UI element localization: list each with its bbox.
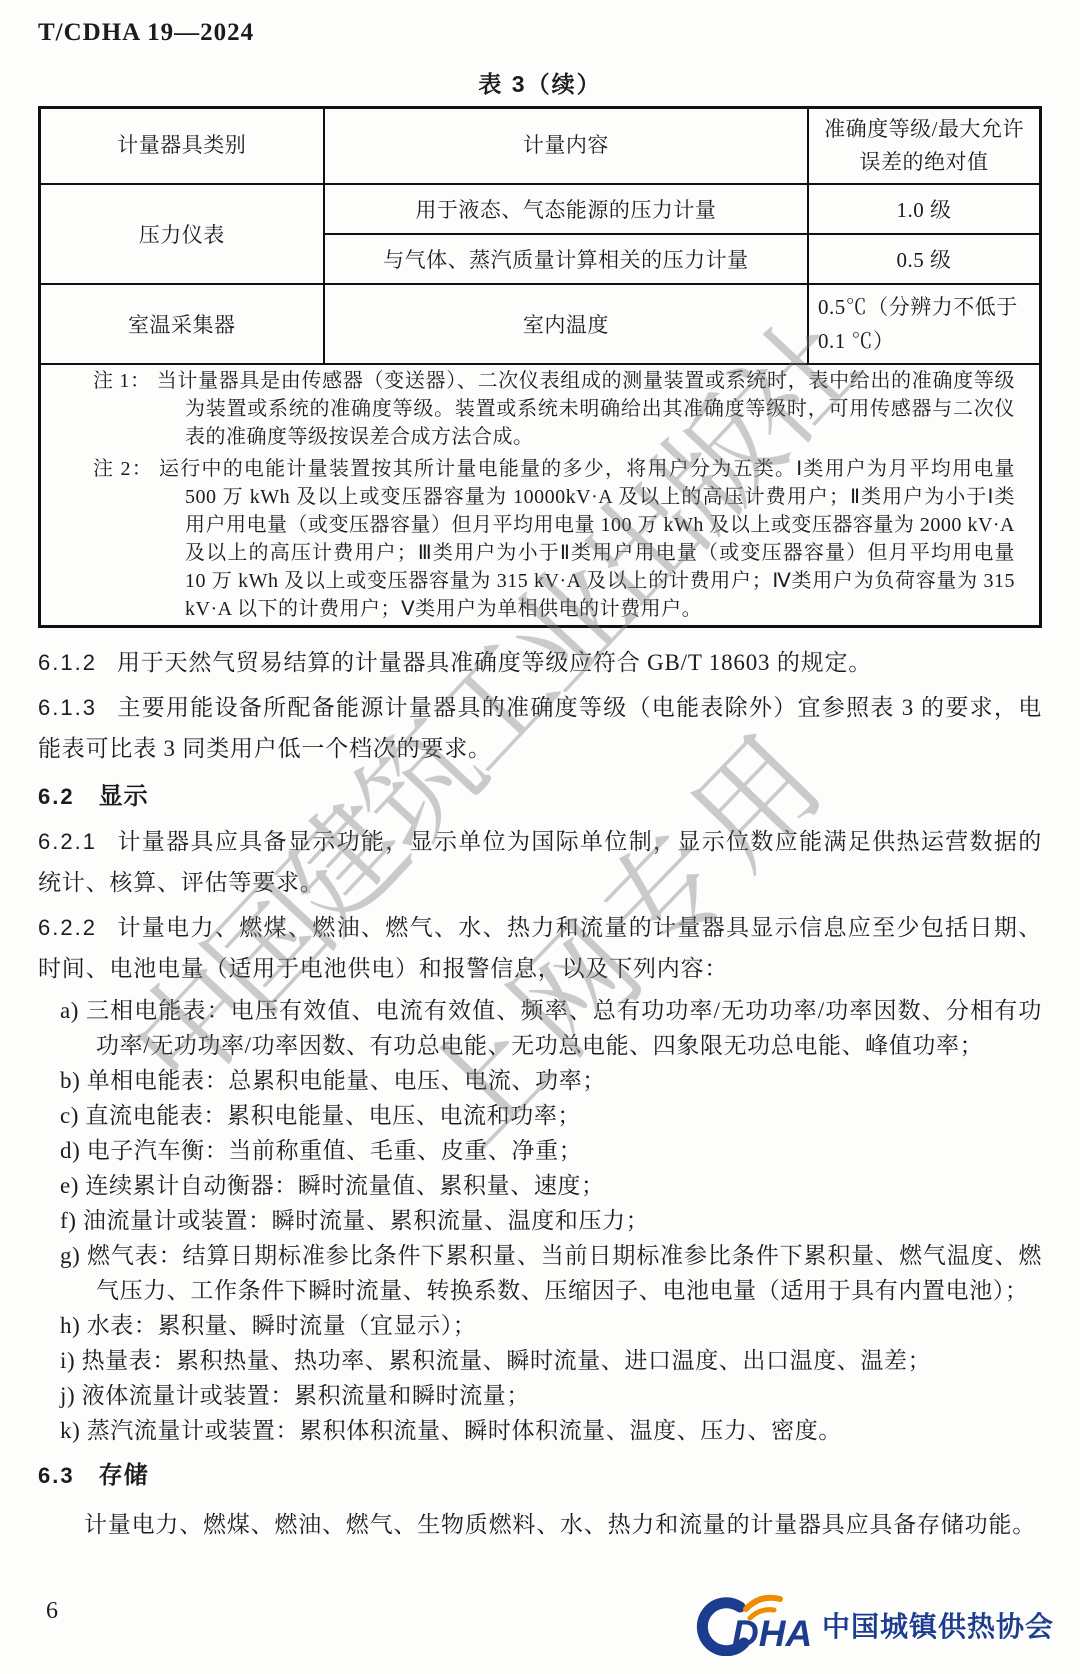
list-item-k: k) 蒸汽流量计或装置：累积体积流量、瞬时体积流量、温度、压力、密度。 [60, 1413, 1042, 1448]
cell-grade: 0.5℃（分辨力不低于 0.1 ℃） [808, 284, 1040, 364]
table-notes: 注 1：当计量器具是由传感器（变送器）、二次仪表组成的测量装置或系统时，表中给出… [40, 364, 1041, 627]
note-text: 运行中的电能计量装置按其所计量电能量的多少，将用户分为五类。Ⅰ类用户为月平均用电… [159, 458, 1015, 620]
clause-6-1-3: 6.1.3主要用能设备所配备能源计量器具的准确度等级（电能表除外）宜参照表 3 … [38, 687, 1042, 769]
clause-number: 6.1.2 [38, 650, 97, 675]
heading-6-3: 6.3存储 [38, 1462, 1042, 1490]
association-logo: DHA 中国城镇供热协会 [694, 1594, 1054, 1656]
note-text: 当计量器具是由传感器（变送器）、二次仪表组成的测量装置或系统时，表中给出的准确度… [157, 370, 1015, 448]
list-item-i: i) 热量表：累积热量、热功率、累积流量、瞬时流量、进口温度、出口温度、温差； [60, 1343, 1042, 1378]
clause-6-2-1: 6.2.1计量器具应具备显示功能，显示单位为国际单位制，显示位数应能满足供热运营… [38, 821, 1042, 903]
note-label: 注 1： [93, 370, 151, 392]
list-item-c: c) 直流电能表：累积电能量、电压、电流和功率； [60, 1098, 1042, 1133]
clause-6-3-paragraph: 计量电力、燃煤、燃油、燃气、生物质燃料、水、热力和流量的计量器具应具备存储功能。 [38, 1504, 1042, 1545]
accuracy-table: 计量器具类别 计量内容 准确度等级/最大允许误差的绝对值 压力仪表 用于液态、气… [38, 106, 1042, 628]
col-header-grade: 准确度等级/最大允许误差的绝对值 [808, 108, 1040, 184]
list-item-g: g) 燃气表：结算日期标准参比条件下累积量、当前日期标准参比条件下累积量、燃气温… [60, 1238, 1042, 1308]
standard-code: T/CDHA 19—2024 [38, 18, 1042, 48]
list-item-j: j) 液体流量计或装置：累积流量和瞬时流量； [60, 1378, 1042, 1413]
table-row: 室温采集器 室内温度 0.5℃（分辨力不低于 0.1 ℃） [40, 284, 1041, 364]
list-item-d: d) 电子汽车衡：当前称重值、毛重、皮重、净重； [60, 1133, 1042, 1168]
clause-number: 6.2.2 [38, 915, 97, 940]
clause-text: 用于天然气贸易结算的计量器具准确度等级应符合 GB/T 18603 的规定。 [117, 650, 872, 675]
clause-text: 计量电力、燃煤、燃油、燃气、水、热力和流量的计量器具显示信息应至少包括日期、时间… [38, 915, 1042, 981]
logo-association-name: 中国城镇供热协会 [822, 1605, 1054, 1645]
col-header-category: 计量器具类别 [40, 108, 324, 184]
cell-content: 用于液态、气态能源的压力计量 [324, 184, 808, 234]
table-note-2: 注 2：运行中的电能计量装置按其所计量电能量的多少，将用户分为五类。Ⅰ类用户为月… [93, 455, 1015, 623]
col-header-content: 计量内容 [324, 108, 808, 184]
clause-6-2-2: 6.2.2计量电力、燃煤、燃油、燃气、水、热力和流量的计量器具显示信息应至少包括… [38, 907, 1042, 989]
cdha-logo-icon: DHA [694, 1594, 812, 1656]
table-row: 压力仪表 用于液态、气态能源的压力计量 1.0 级 [40, 184, 1041, 234]
heading-title: 显示 [99, 783, 149, 810]
cell-category-roomtemp: 室温采集器 [40, 284, 324, 364]
list-item-e: e) 连续累计自动衡器：瞬时流量值、累积量、速度； [60, 1168, 1042, 1203]
page-content: T/CDHA 19—2024 表 3（续） 计量器具类别 计量内容 准确度等级/… [0, 0, 1080, 1545]
heading-number: 6.2 [38, 784, 75, 809]
cell-content: 与气体、蒸汽质量计算相关的压力计量 [324, 234, 808, 284]
list-item-a: a) 三相电能表：电压有效值、电流有效值、频率、总有功功率/无功功率/功率因数、… [60, 993, 1042, 1063]
cell-grade-text: 0.5℃（分辨力不低于 0.1 ℃） [818, 290, 1030, 358]
note-label: 注 2： [93, 458, 153, 480]
list-item-b: b) 单相电能表：总累积电能量、电压、电流、功率； [60, 1063, 1042, 1098]
cell-category-pressure: 压力仪表 [40, 184, 324, 284]
document-page: T/CDHA 19—2024 表 3（续） 计量器具类别 计量内容 准确度等级/… [0, 0, 1080, 1674]
clause-text: 主要用能设备所配备能源计量器具的准确度等级（电能表除外）宜参照表 3 的要求，电… [38, 695, 1042, 761]
list-item-h: h) 水表：累积量、瞬时流量（宜显示）； [60, 1308, 1042, 1343]
cell-grade: 1.0 级 [808, 184, 1040, 234]
clause-number: 6.2.1 [38, 829, 97, 854]
heading-number: 6.3 [38, 1463, 75, 1488]
cell-grade: 0.5 级 [808, 234, 1040, 284]
display-items-list: a) 三相电能表：电压有效值、电流有效值、频率、总有功功率/无功功率/功率因数、… [60, 993, 1042, 1448]
clause-number: 6.1.3 [38, 695, 97, 720]
table-notes-row: 注 1：当计量器具是由传感器（变送器）、二次仪表组成的测量装置或系统时，表中给出… [40, 364, 1041, 627]
logo-abbr-text: DHA [732, 1613, 812, 1654]
table-header-row: 计量器具类别 计量内容 准确度等级/最大允许误差的绝对值 [40, 108, 1041, 184]
clause-6-1-2: 6.1.2用于天然气贸易结算的计量器具准确度等级应符合 GB/T 18603 的… [38, 642, 1042, 683]
list-item-f: f) 油流量计或装置：瞬时流量、累积流量、温度和压力； [60, 1203, 1042, 1238]
table-note-1: 注 1：当计量器具是由传感器（变送器）、二次仪表组成的测量装置或系统时，表中给出… [93, 367, 1015, 451]
heading-6-2: 6.2显示 [38, 783, 1042, 811]
table-caption: 表 3（续） [38, 70, 1042, 98]
heading-title: 存储 [99, 1462, 149, 1489]
cell-content: 室内温度 [324, 284, 808, 364]
page-number: 6 [46, 1598, 58, 1625]
clause-text: 计量器具应具备显示功能，显示单位为国际单位制，显示位数应能满足供热运营数据的统计… [38, 829, 1042, 895]
